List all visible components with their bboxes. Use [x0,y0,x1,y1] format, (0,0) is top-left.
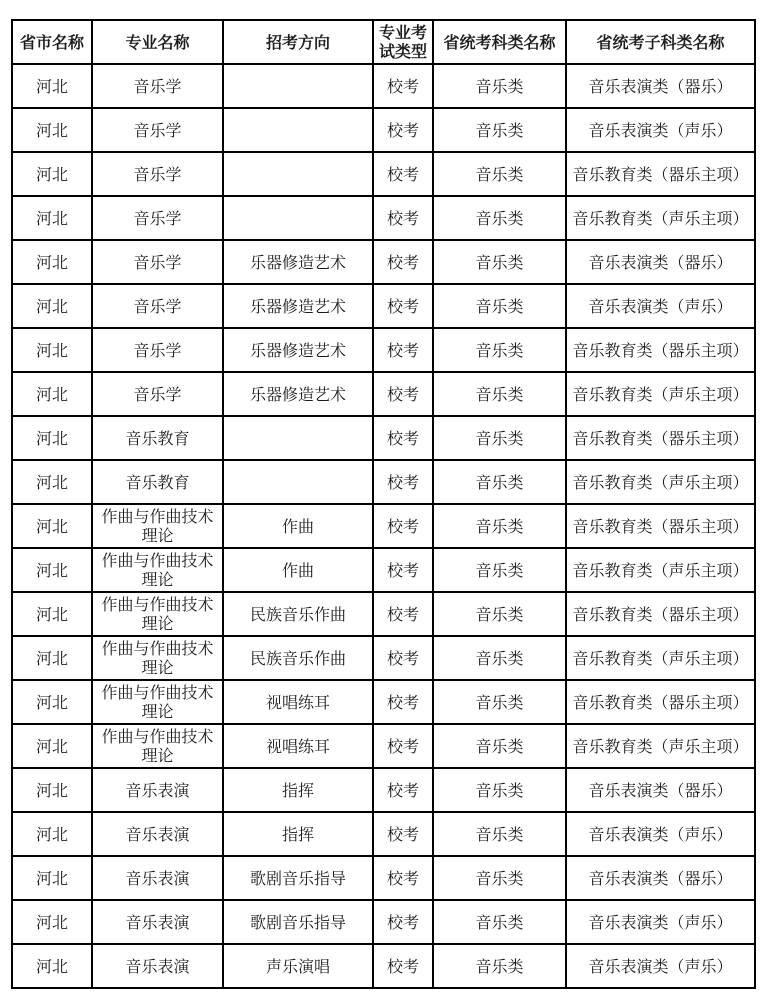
table-cell: 音乐类 [433,416,566,460]
table-row: 河北作曲与作曲技术理论视唱练耳校考音乐类音乐教育类（器乐主项） [12,680,755,724]
table-cell: 校考 [373,416,433,460]
table-cell: 校考 [373,724,433,768]
table-cell: 乐器修造艺术 [223,284,373,328]
table-cell: 河北 [12,196,92,240]
table-row: 河北音乐教育校考音乐类音乐教育类（器乐主项） [12,416,755,460]
table-cell: 音乐类 [433,64,566,108]
table-cell: 校考 [373,152,433,196]
table-cell: 音乐类 [433,460,566,504]
table-cell: 校考 [373,548,433,592]
table-cell: 音乐表演类（声乐） [566,284,755,328]
table-cell: 音乐学 [92,240,223,284]
table-cell: 音乐教育类（器乐主项） [566,504,755,548]
table-cell: 校考 [373,636,433,680]
table-cell: 校考 [373,372,433,416]
table-cell: 音乐教育类（声乐主项） [566,548,755,592]
table-row: 河北音乐学校考音乐类音乐教育类（声乐主项） [12,196,755,240]
table-cell: 指挥 [223,768,373,812]
table-cell: 河北 [12,504,92,548]
table-cell: 音乐教育类（声乐主项） [566,724,755,768]
table-cell: 河北 [12,944,92,988]
table-cell: 河北 [12,900,92,944]
table-header: 省市名称 专业名称 招考方向 专业考试类型 省统考科类名称 省统考子科类名称 [12,20,755,64]
table-cell: 音乐学 [92,284,223,328]
table-cell: 音乐教育 [92,460,223,504]
table-cell: 音乐类 [433,636,566,680]
header-provincial-exam-subcategory: 省统考子科类名称 [566,20,755,64]
table-cell: 音乐类 [433,372,566,416]
table-cell [223,196,373,240]
table-cell: 音乐类 [433,152,566,196]
table-cell: 音乐教育类（声乐主项） [566,372,755,416]
table-cell: 河北 [12,284,92,328]
table-cell: 作曲 [223,548,373,592]
table-cell: 河北 [12,768,92,812]
table-header-row: 省市名称 专业名称 招考方向 专业考试类型 省统考科类名称 省统考子科类名称 [12,20,755,64]
table-cell: 校考 [373,900,433,944]
table-cell: 音乐学 [92,108,223,152]
table-body: 河北音乐学校考音乐类音乐表演类（器乐）河北音乐学校考音乐类音乐表演类（声乐）河北… [12,64,755,988]
table-cell [223,152,373,196]
table-cell: 音乐类 [433,856,566,900]
header-major-name: 专业名称 [92,20,223,64]
table-cell: 校考 [373,196,433,240]
table-cell: 河北 [12,460,92,504]
table-row: 河北音乐学校考音乐类音乐教育类（器乐主项） [12,152,755,196]
table-cell: 视唱练耳 [223,680,373,724]
table-cell: 校考 [373,592,433,636]
table-cell: 河北 [12,152,92,196]
table-cell: 音乐教育类（器乐主项） [566,416,755,460]
table-cell: 音乐表演类（器乐） [566,768,755,812]
table-row: 河北音乐学乐器修造艺术校考音乐类音乐教育类（器乐主项） [12,328,755,372]
table-cell: 音乐类 [433,680,566,724]
table-cell: 乐器修造艺术 [223,328,373,372]
table-row: 河北音乐表演指挥校考音乐类音乐表演类（声乐） [12,812,755,856]
table-cell: 音乐教育类（器乐主项） [566,152,755,196]
table-row: 河北音乐教育校考音乐类音乐教育类（声乐主项） [12,460,755,504]
table-cell: 音乐类 [433,592,566,636]
table-cell: 校考 [373,856,433,900]
header-provincial-exam-category: 省统考科类名称 [433,20,566,64]
table-row: 河北音乐表演歌剧音乐指导校考音乐类音乐表演类（声乐） [12,900,755,944]
table-cell: 音乐教育类（器乐主项） [566,680,755,724]
table-cell: 音乐类 [433,196,566,240]
table-cell: 河北 [12,724,92,768]
table-row: 河北音乐学乐器修造艺术校考音乐类音乐表演类（器乐） [12,240,755,284]
table-cell: 音乐表演类（声乐） [566,900,755,944]
table-cell: 音乐教育 [92,416,223,460]
table-cell: 声乐演唱 [223,944,373,988]
table-cell: 作曲 [223,504,373,548]
table-cell: 校考 [373,240,433,284]
table-cell: 河北 [12,592,92,636]
table-row: 河北音乐学乐器修造艺术校考音乐类音乐表演类（声乐） [12,284,755,328]
table-cell: 音乐表演类（声乐） [566,812,755,856]
table-cell: 音乐表演类（声乐） [566,944,755,988]
table-row: 河北作曲与作曲技术理论作曲校考音乐类音乐教育类（器乐主项） [12,504,755,548]
table-row: 河北作曲与作曲技术理论作曲校考音乐类音乐教育类（声乐主项） [12,548,755,592]
table-cell: 河北 [12,64,92,108]
table-cell: 校考 [373,768,433,812]
table-cell: 校考 [373,108,433,152]
table-cell: 音乐类 [433,548,566,592]
table-cell: 音乐教育类（声乐主项） [566,196,755,240]
table-cell: 河北 [12,416,92,460]
table-row: 河北音乐学乐器修造艺术校考音乐类音乐教育类（声乐主项） [12,372,755,416]
table-row: 河北音乐表演指挥校考音乐类音乐表演类（器乐） [12,768,755,812]
table-cell: 校考 [373,812,433,856]
table-cell: 音乐表演 [92,768,223,812]
table-cell [223,64,373,108]
table-cell: 音乐表演类（器乐） [566,856,755,900]
table-cell: 校考 [373,328,433,372]
table-cell: 河北 [12,548,92,592]
table-row: 河北音乐学校考音乐类音乐表演类（器乐） [12,64,755,108]
table-cell: 音乐教育类（器乐主项） [566,328,755,372]
table-cell: 河北 [12,680,92,724]
table-cell: 作曲与作曲技术理论 [92,592,223,636]
table-cell: 指挥 [223,812,373,856]
table-cell: 音乐类 [433,768,566,812]
table-cell: 河北 [12,636,92,680]
table-cell: 作曲与作曲技术理论 [92,636,223,680]
table-cell: 民族音乐作曲 [223,592,373,636]
table-cell: 乐器修造艺术 [223,372,373,416]
table-cell: 校考 [373,460,433,504]
table-cell: 音乐类 [433,812,566,856]
table-cell: 音乐教育类（声乐主项） [566,460,755,504]
table-cell: 校考 [373,944,433,988]
table-cell: 河北 [12,372,92,416]
table-row: 河北音乐表演声乐演唱校考音乐类音乐表演类（声乐） [12,944,755,988]
table-cell: 音乐表演 [92,856,223,900]
table-cell: 作曲与作曲技术理论 [92,548,223,592]
table-cell: 音乐表演 [92,944,223,988]
table-row: 河北作曲与作曲技术理论民族音乐作曲校考音乐类音乐教育类（声乐主项） [12,636,755,680]
table-cell: 河北 [12,328,92,372]
table-cell: 音乐学 [92,196,223,240]
table-cell: 河北 [12,240,92,284]
page: 省市名称 专业名称 招考方向 专业考试类型 省统考科类名称 省统考子科类名称 河… [0,0,762,989]
table-cell: 民族音乐作曲 [223,636,373,680]
table-cell: 音乐表演类（器乐） [566,240,755,284]
table-cell: 作曲与作曲技术理论 [92,724,223,768]
table-cell: 音乐类 [433,108,566,152]
table-cell: 河北 [12,856,92,900]
table-cell: 河北 [12,108,92,152]
table-cell: 音乐类 [433,284,566,328]
table-cell: 作曲与作曲技术理论 [92,680,223,724]
table-row: 河北音乐学校考音乐类音乐表演类（声乐） [12,108,755,152]
table-cell: 音乐教育类（器乐主项） [566,592,755,636]
table-cell: 音乐类 [433,504,566,548]
table-cell: 音乐类 [433,724,566,768]
table-cell: 音乐表演类（器乐） [566,64,755,108]
exam-categories-table: 省市名称 专业名称 招考方向 专业考试类型 省统考科类名称 省统考子科类名称 河… [11,19,756,989]
header-recruitment-direction: 招考方向 [223,20,373,64]
table-cell: 歌剧音乐指导 [223,856,373,900]
table-cell: 歌剧音乐指导 [223,900,373,944]
table-cell: 音乐学 [92,372,223,416]
table-cell: 校考 [373,64,433,108]
table-cell: 音乐表演 [92,812,223,856]
table-cell: 音乐类 [433,944,566,988]
table-row: 河北作曲与作曲技术理论视唱练耳校考音乐类音乐教育类（声乐主项） [12,724,755,768]
table-cell: 乐器修造艺术 [223,240,373,284]
table-cell: 音乐教育类（声乐主项） [566,636,755,680]
table-cell: 作曲与作曲技术理论 [92,504,223,548]
table-cell [223,460,373,504]
table-cell: 音乐学 [92,64,223,108]
table-cell: 音乐表演 [92,900,223,944]
header-exam-type: 专业考试类型 [373,20,433,64]
table-cell: 音乐表演类（声乐） [566,108,755,152]
table-cell: 视唱练耳 [223,724,373,768]
table-row: 河北音乐表演歌剧音乐指导校考音乐类音乐表演类（器乐） [12,856,755,900]
table-cell: 音乐学 [92,152,223,196]
table-cell: 河北 [12,812,92,856]
table-cell: 音乐类 [433,240,566,284]
table-cell: 音乐类 [433,900,566,944]
table-row: 河北作曲与作曲技术理论民族音乐作曲校考音乐类音乐教育类（器乐主项） [12,592,755,636]
table-cell: 校考 [373,504,433,548]
table-cell: 音乐学 [92,328,223,372]
table-cell: 校考 [373,680,433,724]
header-province-name: 省市名称 [12,20,92,64]
table-cell: 音乐类 [433,328,566,372]
table-cell [223,416,373,460]
table-cell: 校考 [373,284,433,328]
table-cell [223,108,373,152]
